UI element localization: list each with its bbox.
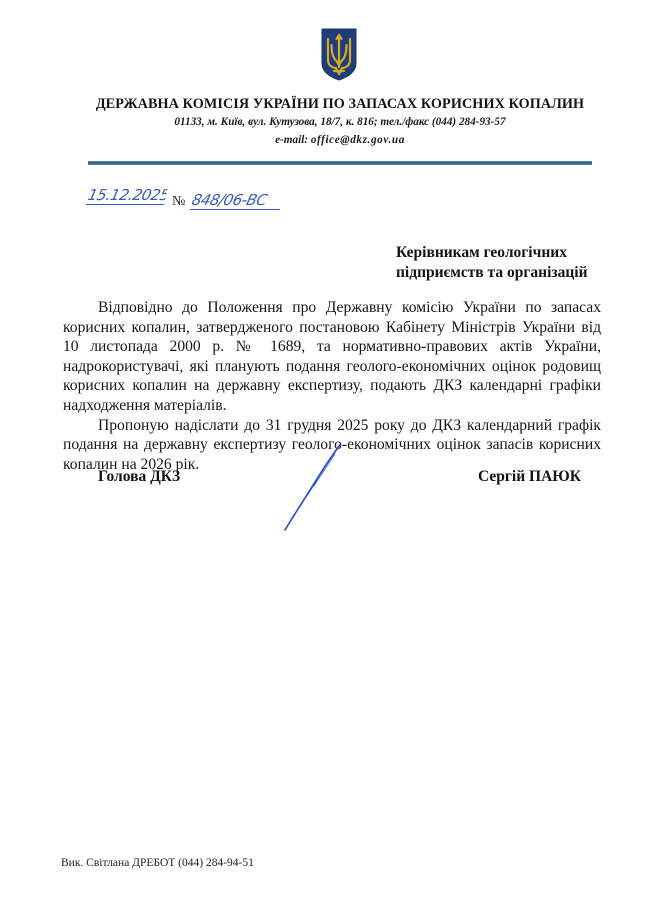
header-divider: [88, 161, 592, 165]
registration-number: 848/06-ВС: [190, 191, 285, 210]
coat-of-arms-icon: [320, 27, 358, 81]
executor-info: Вик. Світлана ДРЕБОТ (044) 284-94-51: [61, 857, 254, 869]
registration-line: 15.12.2025 № 848/06-ВС: [88, 186, 282, 208]
signatory-title: Голова ДКЗ: [98, 468, 180, 486]
organization-email: e-mail: office@dkz.gov.ua: [88, 134, 592, 146]
letter-page: ДЕРЖАВНА КОМІСІЯ УКРАЇНИ ПО ЗАПАСАХ КОРИ…: [0, 0, 646, 908]
addressee-block: Керівникам геологічних підприємств та ор…: [396, 243, 588, 283]
registration-date: 15.12.2025: [86, 186, 168, 205]
body-paragraph-1: Відповідно до Положення про Державну ком…: [63, 298, 601, 416]
number-sign: №: [172, 194, 185, 210]
email-link[interactable]: office@dkz.gov.ua: [311, 134, 405, 146]
email-label: e-mail:: [275, 134, 308, 146]
signatory-name: Сергій ПАЮК: [478, 468, 581, 486]
organization-name: ДЕРЖАВНА КОМІСІЯ УКРАЇНИ ПО ЗАПАСАХ КОРИ…: [88, 96, 592, 113]
addressee-line-1: Керівникам геологічних: [396, 243, 588, 263]
organization-address: 01133, м. Київ, вул. Кутузова, 18/7, к. …: [88, 116, 592, 128]
addressee-line-2: підприємств та організацій: [396, 263, 588, 283]
signature-icon: [276, 442, 346, 534]
